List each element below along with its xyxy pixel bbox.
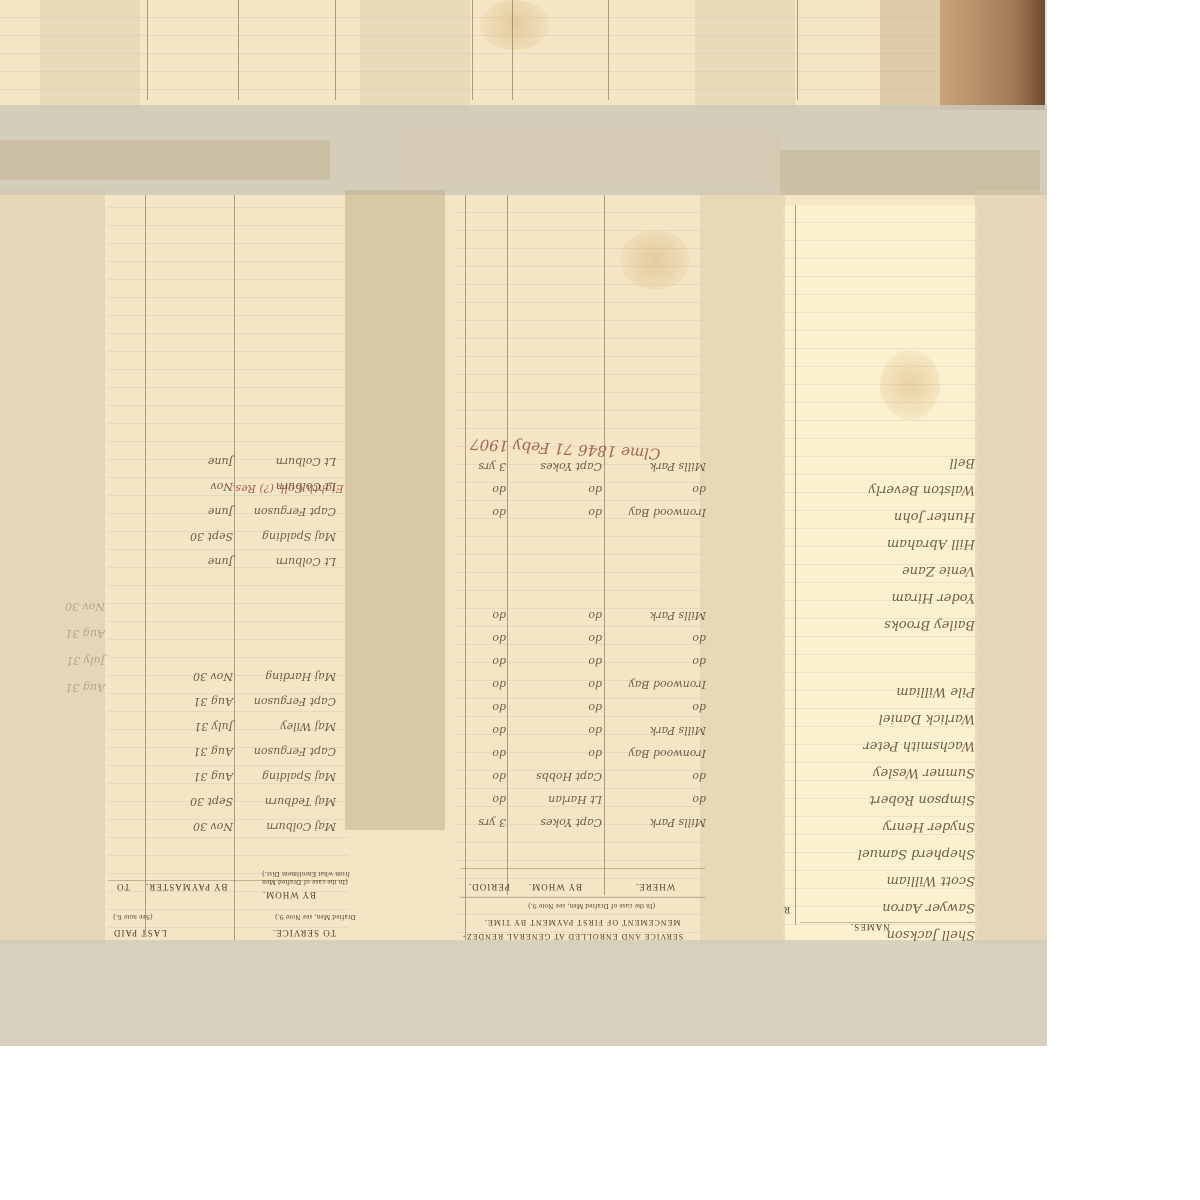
to-entry: Sept 30 [148, 795, 233, 808]
by-whom-entry: do [512, 483, 602, 496]
tape-strip [880, 0, 940, 110]
period-entry: do [468, 655, 506, 668]
by-whom-entry: do [512, 747, 602, 760]
to-entry: Nov [148, 480, 233, 493]
to-list: Nov 30 Sept 30 Aug 31 Aug 31 July 31 Aug… [148, 455, 233, 833]
where-entry: do [606, 701, 706, 714]
column-rule [472, 0, 473, 100]
paymaster-entry: Maj Spalding [236, 530, 336, 543]
header-last-paid-note: (See note 6.) [113, 913, 152, 921]
by-whom-entry: Capt Hobbs [512, 770, 602, 783]
column-rule [465, 195, 466, 940]
by-whom-list: Capt Yokes Lt Harlan Capt Hobbs do do do… [512, 460, 602, 829]
header-enrolled-note: (In the case of Drafted Men, see Note 9.… [528, 902, 655, 910]
document-sheet: NAMES. R WHERE. BY WHOM. PERIOD. (In the… [0, 0, 1047, 1046]
paymaster-entry: Capt Ferguson [236, 695, 336, 708]
where-entry: do [606, 632, 706, 645]
name-entry: Shepherd Samuel [805, 846, 975, 861]
bleed-entry: July 31 [5, 654, 105, 667]
period-list: 3 yrs do do do do do do do do do do do 3… [468, 460, 506, 829]
paymaster-entry: Maj Spalding [236, 770, 336, 783]
by-whom-entry: do [512, 724, 602, 737]
by-whom-entry: do [512, 678, 602, 691]
to-entry: Aug 31 [148, 695, 233, 708]
period-entry: do [468, 747, 506, 760]
name-entry: Scott William [805, 873, 975, 888]
name-entry: Hunter John [805, 509, 975, 524]
to-entry: Aug 31 [148, 770, 233, 783]
vertical-tape-strip [0, 190, 105, 945]
by-whom-entry: do [512, 609, 602, 622]
period-entry: do [468, 678, 506, 691]
by-whom-entry: do [512, 655, 602, 668]
water-stain [620, 230, 690, 290]
header-enrolled-title-1: SERVICE AND ENROLLED AT GENERAL RENDEZ- [462, 932, 683, 941]
name-entry: Snyder Henry [805, 819, 975, 834]
name-entry: Simpson Robert [805, 792, 975, 807]
header-names-prefix: R [783, 905, 790, 915]
name-entry: Hill Abraham [805, 536, 975, 551]
header-last-paid: LAST PAID [113, 928, 167, 938]
header-period: PERIOD. [468, 882, 510, 892]
period-entry: do [468, 632, 506, 645]
where-entry: Mills Park [606, 724, 706, 737]
where-list: Mills Park do do Ironwood Bay Mills Park… [606, 460, 706, 829]
to-entry: July 31 [148, 720, 233, 733]
where-entry: Mills Park [606, 609, 706, 622]
name-entry: Bailey Brooks [805, 617, 975, 632]
water-stain [480, 0, 550, 50]
to-entry: Aug 31 [148, 745, 233, 758]
bleed-through-text: Aug 31 July 31 Aug 31 Nov 30 [5, 600, 105, 694]
by-whom-entry: do [512, 632, 602, 645]
period-entry: do [468, 483, 506, 496]
paymaster-entry: Capt Ferguson [236, 745, 336, 758]
column-rule [147, 0, 148, 100]
name-entry: Shell Jackson [805, 927, 975, 942]
column-rule [507, 195, 508, 895]
where-entry: Ironwood Bay [606, 747, 706, 760]
where-entry: Ironwood Bay [606, 506, 706, 519]
paymaster-entry: Lt Colburn [236, 480, 336, 493]
vertical-tape-strip [345, 190, 445, 830]
to-entry: June [148, 455, 233, 468]
to-entry: Nov 30 [148, 670, 233, 683]
header-by-whom-2-note: (In the case of Drafted Men [262, 878, 348, 886]
paymaster-entry: Lt Colburn [236, 455, 336, 468]
name-entry: Sumner Wesley [805, 765, 975, 780]
header-to: TO [116, 882, 130, 892]
name-entry: Walston Beverly [805, 482, 975, 497]
header-rule [460, 868, 705, 869]
period-entry: 3 yrs [468, 460, 506, 473]
column-rule [335, 0, 336, 100]
column-rule [145, 195, 146, 935]
tape-strip [695, 0, 795, 110]
where-entry: Ironwood Bay [606, 678, 706, 691]
column-rule [797, 0, 798, 100]
period-entry: do [468, 609, 506, 622]
header-where: WHERE. [635, 882, 675, 892]
name-entry: Pile William [805, 684, 975, 699]
to-entry: Nov 30 [148, 820, 233, 833]
header-by-whom-2: BY WHOM. [262, 890, 316, 900]
paymaster-entry: Capt Ferguson [236, 505, 336, 518]
column-rule [608, 0, 609, 100]
to-entry: June [148, 505, 233, 518]
bleed-entry: Aug 31 [5, 627, 105, 640]
where-entry: do [606, 483, 706, 496]
horizontal-tape-band [780, 150, 1040, 195]
name-entry: Yoder Hiram [805, 590, 975, 605]
period-entry: do [468, 770, 506, 783]
column-rule [795, 205, 796, 925]
column-rule [238, 0, 239, 100]
tape-strip [40, 0, 140, 110]
bleed-entry: Nov 30 [5, 600, 105, 613]
header-by-whom: BY WHOM. [528, 882, 582, 892]
horizontal-tape-band [400, 130, 780, 185]
header-service-note: Drafted Men, see Note 9.) [275, 913, 356, 921]
column-rule [512, 0, 513, 100]
darkened-edge-strip [940, 0, 1045, 110]
where-entry: do [606, 655, 706, 668]
paymaster-entry: Lt Colburn [236, 555, 336, 568]
period-entry: do [468, 724, 506, 737]
period-entry: do [468, 793, 506, 806]
by-whom-entry: Lt Harlan [512, 793, 602, 806]
paymaster-list: Maj Colburn Maj Tedburn Maj Spalding Cap… [236, 455, 336, 833]
water-stain [880, 350, 940, 420]
header-by-whom-2-note: from what Enrollment Dist.) [262, 870, 350, 878]
paymaster-entry: Maj Tedburn [236, 795, 336, 808]
vertical-tape-strip [700, 190, 785, 945]
header-service-title: TO SERVICE. [272, 928, 336, 938]
by-whom-entry: Capt Yokes [512, 460, 602, 473]
where-entry: do [606, 770, 706, 783]
period-entry: do [468, 701, 506, 714]
period-entry: do [468, 506, 506, 519]
paymaster-entry: Maj Harding [236, 670, 336, 683]
column-rule [234, 195, 235, 940]
header-by-paymaster: BY PAYMASTER. [145, 882, 228, 892]
header-rule [460, 897, 705, 898]
bleed-entry: Aug 31 [5, 681, 105, 694]
tape-strip [360, 0, 470, 110]
horizontal-tape-band [0, 140, 330, 180]
vertical-tape-strip [975, 190, 1047, 945]
period-entry: 3 yrs [468, 816, 506, 829]
to-entry: June [148, 555, 233, 568]
name-entry: Bell [805, 455, 975, 470]
names-list: Shell Jackson Sawyer Aaron Scott William… [805, 455, 975, 942]
where-entry: Mills Park [606, 460, 706, 473]
bottom-tape-band [0, 940, 1047, 1046]
name-entry: Warlick Daniel [805, 711, 975, 726]
by-whom-entry: do [512, 506, 602, 519]
paymaster-entry: Maj Wiley [236, 720, 336, 733]
by-whom-entry: do [512, 701, 602, 714]
column-rule [604, 195, 605, 895]
by-whom-entry: Capt Yokes [512, 816, 602, 829]
header-enrolled-title-2: MENCEMENT OF FIRST PAYMENT BY TIME. [484, 918, 681, 927]
paymaster-entry: Maj Colburn [236, 820, 336, 833]
where-entry: Mills Park [606, 816, 706, 829]
where-entry: do [606, 793, 706, 806]
to-entry: Sept 30 [148, 530, 233, 543]
name-entry: Wachsmith Peter [805, 738, 975, 753]
name-entry: Sawyer Aaron [805, 900, 975, 915]
name-entry: Venie Zane [805, 563, 975, 578]
